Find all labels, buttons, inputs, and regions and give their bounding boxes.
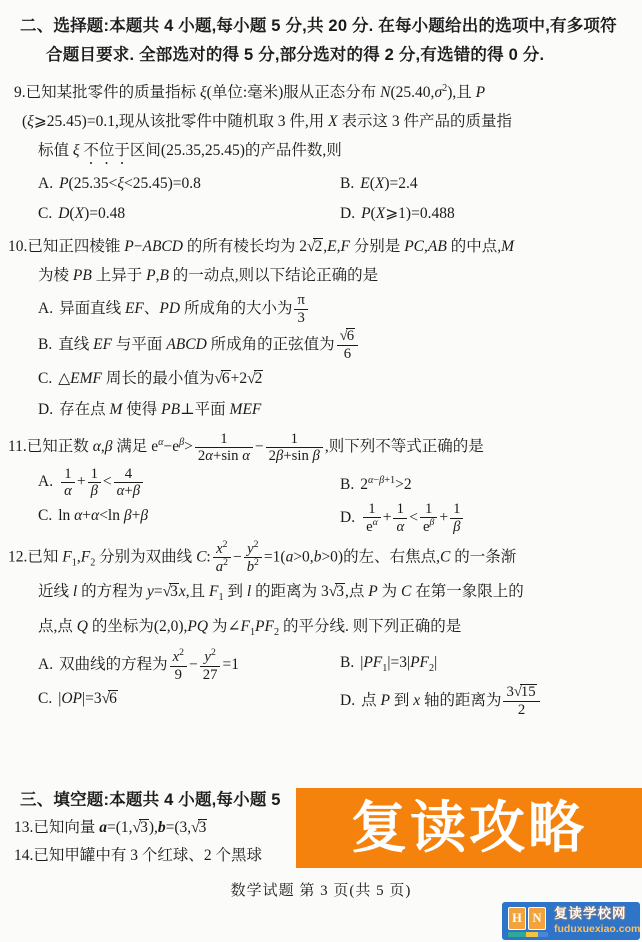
option-label: B. — [340, 476, 354, 493]
option-12-A: A.双曲线的方程为x29−y227=1 — [38, 648, 340, 683]
option-label: B. — [340, 654, 354, 671]
question-11-options-row1: A.1α+1β<4α+β B.2α−β+1>2 — [0, 466, 642, 500]
option-text: P(25.35<ξ<25.45)=0.8 — [59, 175, 201, 192]
exam-content: 二、选择题:本题共 4 小题,每小题 5 分,共 20 分. 在每小题给出的选项… — [0, 0, 642, 718]
option-text: 2α−β+1>2 — [360, 476, 411, 493]
option-text: △EMF 周长的最小值为√6+2√2 — [58, 370, 263, 387]
option-text: |OP|=3√6 — [58, 690, 118, 707]
question-12-line3: 点,点 Q 的坐标为(2,0),PQ 为∠F1PF2 的平分线. 则下列正确的是 — [0, 612, 642, 647]
option-label: A. — [38, 300, 53, 317]
logo-books-icon: H N — [508, 906, 548, 937]
question-11: 11.已知正数 α,β 满足 eα−eβ>12α+sin α−12β+sin β… — [0, 428, 642, 535]
question-12-line1: 12.已知 F1,F2 分别为双曲线 C:x2a2−y2b2=1(a>0,b>0… — [0, 540, 642, 578]
option-label: A. — [38, 473, 53, 490]
option-9-D: D.P(X⩾1)=0.488 — [340, 199, 455, 228]
option-text: 1α+1β<4α+β — [59, 473, 145, 490]
question-9-options-row1: A.P(25.35<ξ<25.45)=0.8 B.E(X)=2.4 — [0, 169, 642, 198]
option-text: 1eα+1α<1eβ+1β — [361, 509, 465, 526]
option-text: ln α+α<ln β+β — [58, 507, 148, 524]
option-11-B: B.2α−β+1>2 — [340, 466, 412, 500]
option-label: C. — [38, 370, 52, 387]
option-11-C: C.ln α+α<ln β+β — [38, 501, 340, 536]
question-11-options-row2: C.ln α+α<ln β+β D.1eα+1α<1eβ+1β — [0, 501, 642, 536]
logo-tile-n: N — [528, 907, 546, 930]
option-text: 点 P 到 x 轴的距离为3√152 — [361, 692, 542, 709]
watermark-overlay: 复读攻略 — [296, 788, 642, 868]
option-10-A: A.异面直线 EF、PD 所成角的大小为π3 — [0, 292, 642, 326]
option-label: D. — [38, 401, 53, 418]
option-text: P(X⩾1)=0.488 — [361, 205, 455, 222]
question-12-line2: 近线 l 的方程为 y=√3x,且 F1 到 l 的距离为 3√3,点 P 为 … — [0, 577, 642, 612]
option-text: 直线 EF 与平面 ABCD 所成角的正弦值为√66 — [58, 336, 360, 353]
logo-tile-h: H — [508, 907, 526, 930]
exam-page: 二、选择题:本题共 4 小题,每小题 5 分,共 20 分. 在每小题给出的选项… — [0, 0, 642, 942]
question-9-line3: 标值 ξ 不位于区间(25.35,25.45)的产品件数,则 — [0, 136, 642, 168]
option-text: D(X)=0.48 — [58, 205, 125, 222]
logo-text: 复读学校网 fuduxuexiao.com — [554, 906, 640, 935]
option-label: A. — [38, 175, 53, 192]
option-text: |PF1|=3|PF2| — [360, 654, 437, 671]
option-12-C: C.|OP|=3√6 — [38, 684, 340, 718]
option-label: A. — [38, 656, 53, 673]
question-12-options-row2: C.|OP|=3√6 D.点 P 到 x 轴的距离为3√152 — [0, 684, 642, 718]
section2-header-line2: 合题目要求. 全部选对的得 5 分,部分选对的得 2 分,有选错的得 0 分. — [0, 41, 642, 70]
option-label: D. — [340, 205, 355, 222]
question-10-line2: 为棱 PB 上异于 P,B 的一动点,则以下结论正确的是 — [0, 261, 642, 290]
option-text: 双曲线的方程为x29−y227=1 — [59, 656, 239, 673]
option-12-B: B.|PF1|=3|PF2| — [340, 648, 437, 683]
question-12-options-row1: A.双曲线的方程为x29−y227=1 B.|PF1|=3|PF2| — [0, 648, 642, 683]
question-10-line1: 10.已知正四棱锥 P−ABCD 的所有棱长均为 2√2,E,F 分别是 PC,… — [0, 232, 642, 261]
option-10-C: C.△EMF 周长的最小值为√6+2√2 — [0, 364, 642, 393]
option-label: D. — [340, 692, 355, 709]
logo-base-bar — [508, 932, 548, 937]
page-footer: 数学试题 第 3 页(共 5 页) — [0, 879, 642, 900]
option-label: B. — [38, 336, 52, 353]
question-9-line1: 9.已知某批零件的质量指标 ξ(单位:毫米)服从正态分布 N(25.40,σ2)… — [0, 74, 642, 107]
option-text: 存在点 M 使得 PB⊥平面 MEF — [59, 401, 261, 418]
option-9-C: C.D(X)=0.48 — [38, 199, 340, 228]
option-10-B: B.直线 EF 与平面 ABCD 所成角的正弦值为√66 — [0, 328, 642, 362]
question-12: 12.已知 F1,F2 分别为双曲线 C:x2a2−y2b2=1(a>0,b>0… — [0, 540, 642, 719]
option-label: B. — [340, 175, 354, 192]
question-9: 9.已知某批零件的质量指标 ξ(单位:毫米)服从正态分布 N(25.40,σ2)… — [0, 74, 642, 228]
option-label: D. — [340, 509, 355, 526]
option-9-A: A.P(25.35<ξ<25.45)=0.8 — [38, 169, 340, 198]
option-9-B: B.E(X)=2.4 — [340, 169, 418, 198]
question-9-line2: (ξ⩾25.45)=0.1,现从该批零件中随机取 3 件,用 X 表示这 3 件… — [0, 107, 642, 136]
option-text: 异面直线 EF、PD 所成角的大小为π3 — [59, 300, 310, 317]
question-9-options-row2: C.D(X)=0.48 D.P(X⩾1)=0.488 — [0, 199, 642, 228]
option-label: C. — [38, 690, 52, 707]
option-text: E(X)=2.4 — [360, 175, 417, 192]
option-11-A: A.1α+1β<4α+β — [38, 466, 340, 500]
option-11-D: D.1eα+1α<1eβ+1β — [340, 501, 465, 536]
option-label: C. — [38, 205, 52, 222]
section2-header-line1: 二、选择题:本题共 4 小题,每小题 5 分,共 20 分. 在每小题给出的选项… — [0, 12, 642, 41]
option-10-D: D.存在点 M 使得 PB⊥平面 MEF — [0, 395, 642, 424]
option-12-D: D.点 P 到 x 轴的距离为3√152 — [340, 684, 542, 718]
watermark-text: 复读攻略 — [351, 800, 587, 856]
section2-header: 二、选择题:本题共 4 小题,每小题 5 分,共 20 分. 在每小题给出的选项… — [0, 12, 642, 70]
logo-site-url: fuduxuexiao.com — [554, 923, 640, 936]
option-label: C. — [38, 507, 52, 524]
question-11-line1: 11.已知正数 α,β 满足 eα−eβ>12α+sin α−12β+sin β… — [0, 428, 642, 465]
question-10: 10.已知正四棱锥 P−ABCD 的所有棱长均为 2√2,E,F 分别是 PC,… — [0, 232, 642, 424]
logo-site-name: 复读学校网 — [554, 906, 640, 923]
site-logo: H N 复读学校网 fuduxuexiao.com — [502, 902, 640, 940]
